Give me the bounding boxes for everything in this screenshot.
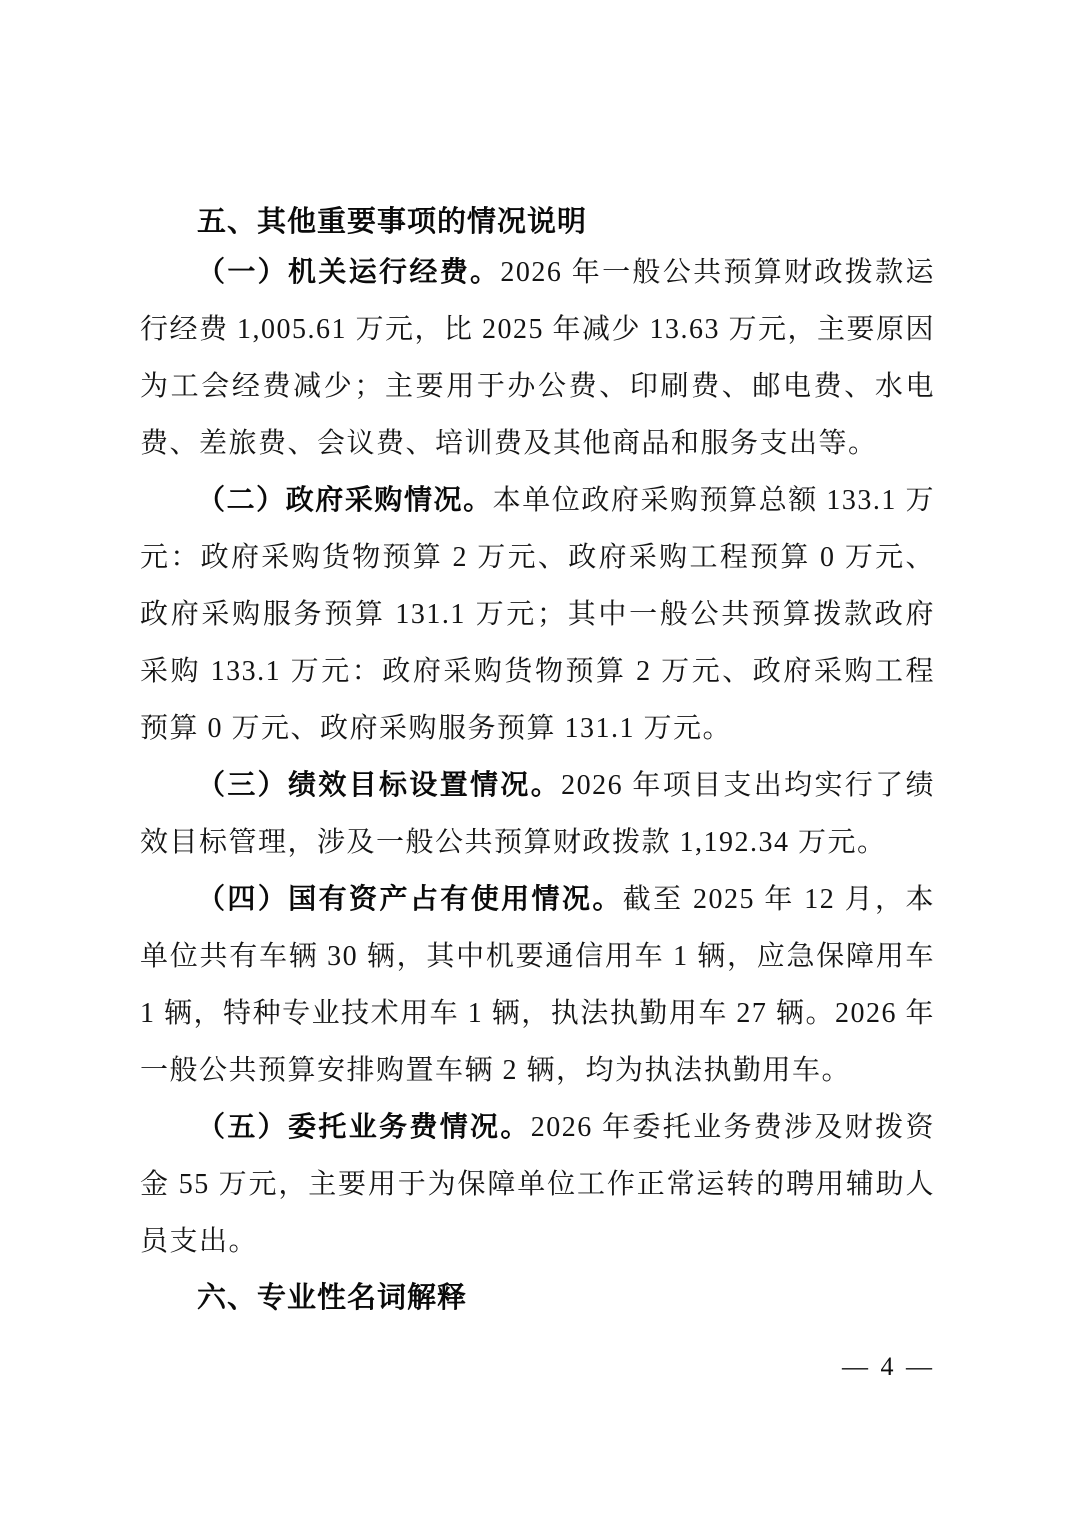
paragraph-government-procurement: （二）政府采购情况。本单位政府采购预算总额 133.1 万元：政府采购货物预算 …	[140, 472, 935, 757]
paragraph-state-owned-assets: （四）国有资产占有使用情况。截至 2025 年 12 月，本单位共有车辆 30 …	[140, 871, 935, 1099]
paragraph-entrusted-business-fees: （五）委托业务费情况。2026 年委托业务费涉及财拨资金 55 万元，主要用于为…	[140, 1099, 935, 1270]
paragraph-lead: （一）机关运行经费。	[197, 257, 500, 288]
paragraph-lead: （五）委托业务费情况。	[197, 1112, 531, 1143]
paragraph-lead: （三）绩效目标设置情况。	[197, 770, 561, 801]
section-heading-terminology: 六、专业性名词解释	[140, 1276, 935, 1320]
document-body: 五、其他重要事项的情况说明 （一）机关运行经费。2026 年一般公共预算财政拨款…	[140, 200, 935, 1320]
paragraph-performance-targets: （三）绩效目标设置情况。2026 年项目支出均实行了绩效目标管理，涉及一般公共预…	[140, 757, 935, 871]
paragraph-agency-operating-expense: （一）机关运行经费。2026 年一般公共预算财政拨款运行经费 1,005.61 …	[140, 244, 935, 472]
paragraph-body: 本单位政府采购预算总额 133.1 万元：政府采购货物预算 2 万元、政府采购工…	[140, 485, 935, 744]
document-page: 五、其他重要事项的情况说明 （一）机关运行经费。2026 年一般公共预算财政拨款…	[0, 0, 1074, 1520]
page-number: — 4 —	[842, 1352, 935, 1382]
paragraph-lead: （四）国有资产占有使用情况。	[197, 884, 623, 915]
paragraph-lead: （二）政府采购情况。	[197, 485, 493, 516]
section-heading-other-important-matters: 五、其他重要事项的情况说明	[140, 200, 935, 244]
